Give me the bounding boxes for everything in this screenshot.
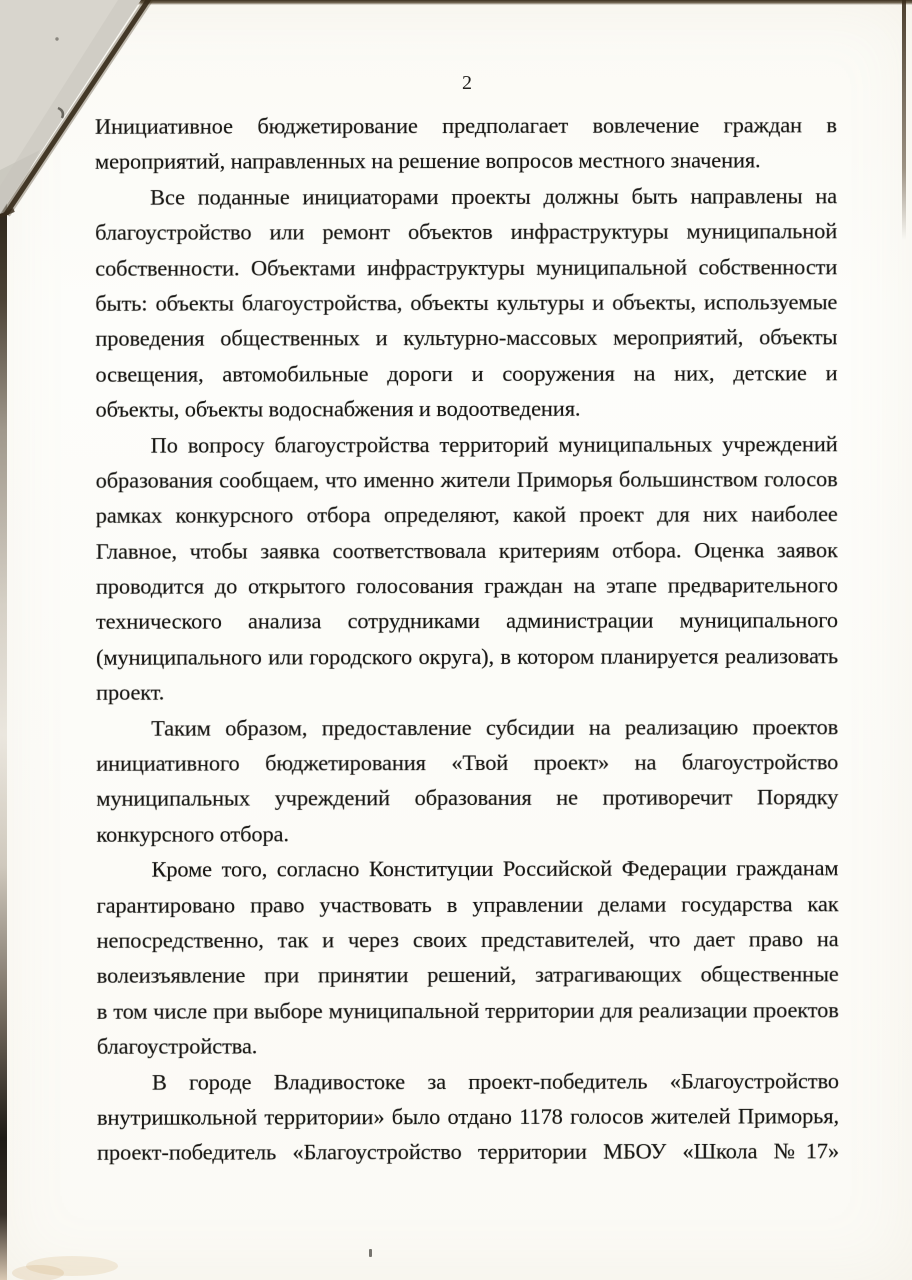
- text-line: волеизъявление при принятии решений, зат…: [97, 957, 839, 994]
- scan-smudge: [26, 1256, 118, 1276]
- text-line: проект.: [96, 673, 838, 710]
- paragraph: Таким образом, предоставление субсидии н…: [96, 709, 838, 852]
- text-line: (муниципального или городского округа), …: [96, 638, 838, 675]
- text-line: технического анализа сотрудниками админи…: [96, 603, 838, 640]
- text-line: объекты, объекты водоснабжения и водоотв…: [95, 390, 837, 427]
- scan-speck: [58, 108, 63, 118]
- text-line: конкурсного отбора.: [96, 815, 838, 852]
- text-line: Кроме того, согласно Конституции Российс…: [96, 850, 838, 887]
- text-line: гарантировано право участвовать в управл…: [97, 886, 839, 923]
- text-line: быть: объекты благоустройства, объекты к…: [95, 284, 837, 321]
- paragraph: Кроме того, согласно Конституции Российс…: [96, 850, 838, 1064]
- text-line: образования сообщаем, что именно жители …: [96, 461, 838, 498]
- text-line: Главное, чтобы заявка соответствовала кр…: [96, 532, 838, 569]
- paragraph: Все поданные инициаторами проекты должны…: [95, 178, 838, 427]
- text-line: В городе Владивостоке за проект-победите…: [97, 1063, 839, 1100]
- text-line: Таким образом, предоставление субсидии н…: [96, 709, 838, 746]
- document-body-text: Инициативное бюджетирование предполагает…: [95, 107, 839, 1170]
- text-line: муниципальных учреждений образования не …: [96, 780, 838, 817]
- text-line: освещения, автомобильные дороги и сооруж…: [95, 355, 837, 392]
- text-line: проект-победитель «Благоустройство терри…: [97, 1134, 839, 1171]
- text-line: Все поданные инициаторами проекты должны…: [95, 178, 837, 215]
- text-line: По вопросу благоустройства территорий му…: [96, 426, 838, 463]
- scan-speck: [55, 37, 58, 40]
- text-line: проведения общественных и культурно-масс…: [95, 320, 837, 357]
- scan-edge-top: [104, 0, 912, 5]
- text-line: благоустройства.: [97, 1027, 839, 1064]
- paragraph: По вопросу благоустройства территорий му…: [96, 426, 839, 711]
- text-line: инициативного бюджетирования «Твой проек…: [96, 744, 838, 781]
- text-line: собственности. Объектами инфраструктуры …: [95, 249, 837, 286]
- text-line: Инициативное бюджетирование предполагает…: [95, 107, 837, 144]
- text-line: мероприятий, направленных на решение воп…: [95, 143, 837, 180]
- paragraph: В городе Владивостоке за проект-победите…: [97, 1063, 839, 1171]
- scanned-document-page: 2 Инициативное бюджетирование предполага…: [0, 0, 912, 1280]
- text-line: внутришкольной территории» было отдано 1…: [97, 1098, 839, 1135]
- text-line: благоустройство или ремонт объектов инфр…: [95, 213, 837, 250]
- paragraph: Инициативное бюджетирование предполагает…: [95, 107, 837, 179]
- text-line: непосредственно, так и через своих предс…: [97, 921, 839, 958]
- text-line: проводится до открытого голосования граж…: [96, 567, 838, 604]
- scan-edge-left: [0, 190, 7, 1280]
- scan-edge-right: [902, 0, 906, 240]
- text-line: рамках конкурсного отбора определяют, ка…: [96, 497, 838, 534]
- text-line: в том числе при выборе муниципальной тер…: [97, 992, 839, 1029]
- scan-smudge: [12, 1265, 64, 1280]
- scan-speck: [369, 1249, 372, 1257]
- page-number: 2: [96, 72, 838, 95]
